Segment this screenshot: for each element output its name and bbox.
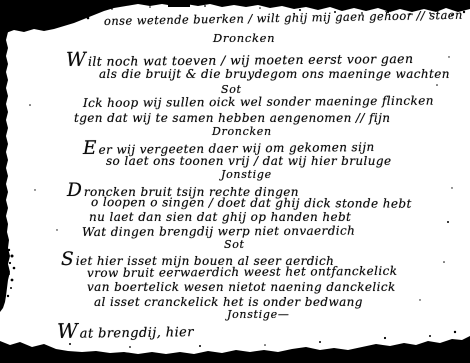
speaker-label-droncken: Droncken <box>212 126 272 137</box>
manuscript-line: als die bruijt & die bruydegom ons maeni… <box>99 68 450 80</box>
manuscript-page: onse wetende buerken / wilt ghij mij gae… <box>0 0 470 363</box>
manuscript-line: nu laet dan sien dat ghij op handen hebt <box>89 211 351 223</box>
manuscript-line: al isset cranckelick het is onder bedwan… <box>94 296 363 308</box>
speaker-label-jonstige: Jonstige <box>221 169 272 180</box>
speaker-label-jonstige: Jonstige— <box>227 309 290 320</box>
manuscript-line: Wat dingen brengdij werp niet onvaerdich <box>82 225 355 238</box>
manuscript-line: o loopen o singen / doet dat ghij dick s… <box>91 196 412 210</box>
manuscript-line: Wat brengdij, hier <box>57 319 194 341</box>
scan-streak <box>168 3 190 7</box>
speaker-label-sot: Sot <box>224 239 245 250</box>
manuscript-line: van boertelick wesen nietot naening danc… <box>87 281 396 293</box>
manuscript-line: so laet ons toonen vrij / dat wij hier b… <box>106 155 391 167</box>
speaker-label-droncken: Droncken <box>213 33 275 45</box>
manuscript-line: vrow bruit eerwaerdich weest het ontfanc… <box>87 265 398 279</box>
manuscript-line: Wilt noch wat toeven / wij moeten eerst … <box>66 47 414 69</box>
speaker-label-sot: Sot <box>221 84 242 95</box>
torn-edge-left <box>0 0 10 312</box>
manuscript-line: Ick hoop wij sullen oick wel sonder maen… <box>83 95 434 109</box>
manuscript-line: tgen dat wij te samen hebben aengenomen … <box>74 112 390 124</box>
